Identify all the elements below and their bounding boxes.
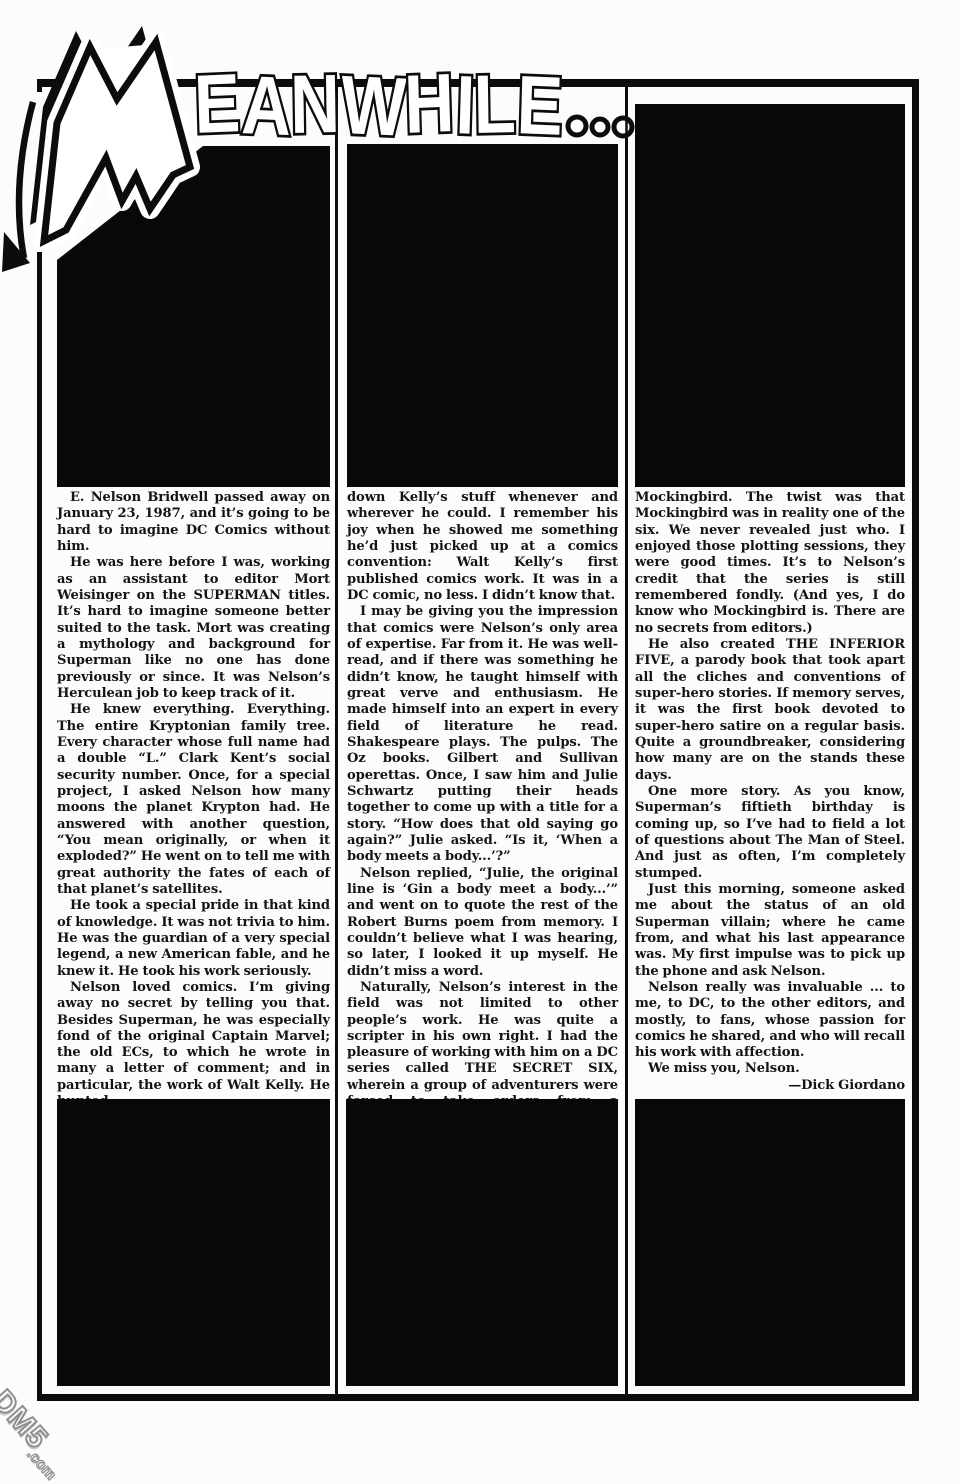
text-column-2: down Kelly’s stuff whenever and wherever… <box>347 490 618 1127</box>
signature: —Dick Giordano <box>635 1078 905 1094</box>
redacted-panel-bottom-left <box>57 1099 330 1386</box>
masthead-title-text: EANWHILE <box>192 56 564 153</box>
watermark: DM5.com <box>0 1384 76 1483</box>
paragraph: He took a special pride in that kind of … <box>57 898 330 980</box>
watermark-name: DM5 <box>0 1384 54 1455</box>
meanwhile-masthead: EANWHILE <box>0 0 700 500</box>
paragraph: Nelson really was invaluable ... to me, … <box>635 980 905 1062</box>
title-ellipsis-dots <box>568 117 632 136</box>
paragraph: Just this morning, someone asked me abou… <box>635 882 905 980</box>
paragraph: He was here before I was, working as an … <box>57 555 330 702</box>
paragraph: One more story. As you know, Superman’s … <box>635 784 905 882</box>
comic-letters-page: EANWHILE E. Nelson Bridwell passed away … <box>0 0 960 1484</box>
paragraph: Mockingbird. The twist was that Mockingb… <box>635 490 905 637</box>
redacted-panel-bottom-right <box>635 1099 905 1386</box>
paragraph: He also created THE INFERIOR FIVE, a par… <box>635 637 905 784</box>
paragraph: Nelson replied, “Julie, the original lin… <box>347 866 618 980</box>
redacted-panel-top-left <box>57 146 330 487</box>
watermark-suffix: .com <box>23 1446 59 1483</box>
paragraph: He knew everything. Everything. The enti… <box>57 702 330 898</box>
text-column-3: Mockingbird. The twist was that Mockingb… <box>635 490 905 1094</box>
paragraph: Nelson loved comics. I’m giving away no … <box>57 980 330 1111</box>
redacted-panel-bottom-middle <box>346 1099 618 1386</box>
text-column-1: E. Nelson Bridwell passed away on Januar… <box>57 490 330 1110</box>
paragraph: We miss you, Nelson. <box>635 1061 905 1077</box>
paragraph: down Kelly’s stuff whenever and wherever… <box>347 490 618 604</box>
paragraph: I may be giving you the impression that … <box>347 604 618 865</box>
